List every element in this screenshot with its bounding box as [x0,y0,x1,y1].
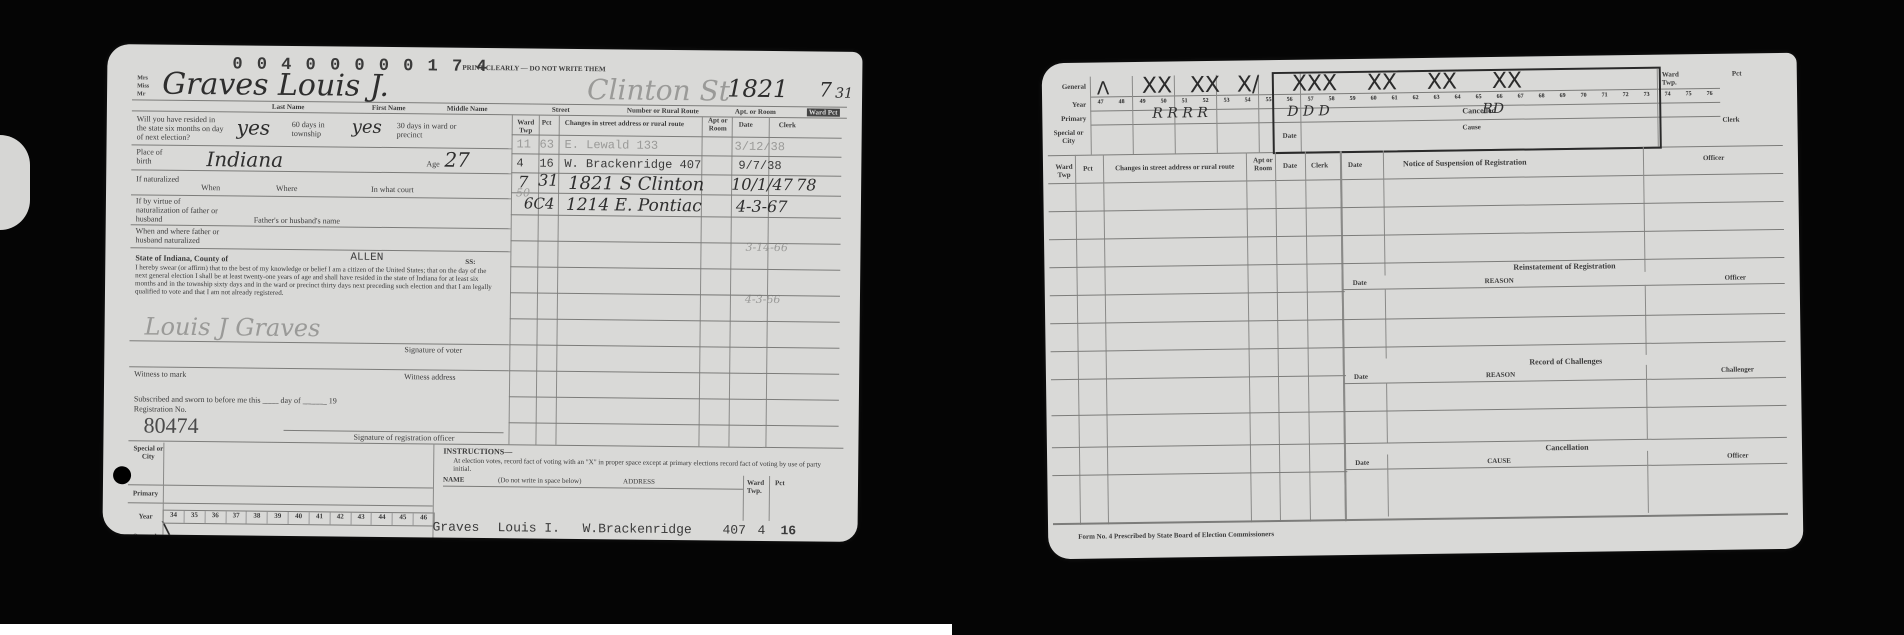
label-ward-pct: Ward Pct [807,108,840,116]
form-footer: Form No. 4 Prescribed by State Board of … [1078,530,1274,541]
place-of-birth-label: Place of birth [136,147,176,165]
handwritten-house-number: 1821 [727,75,788,104]
col-ward-twp: Ward Twp [515,118,537,134]
typed-ward: 4 [757,523,765,538]
registration-card-back: General Year Primary Special or City 47 … [1042,53,1804,559]
col-clerk: Clerk [1311,161,1328,169]
title-prefix: Mrs Miss Mr [137,74,151,98]
registration-card-front: 0 0 4 0 0 0 0 0 1 7 4 PRINT CLEARLY — DO… [102,44,862,542]
vote-mark: XX [1367,72,1397,94]
year-row: 34 35 36 37 38 39 40 41 42 43 44 45 46 [163,510,435,527]
col-apt-room: Apt or Room [705,116,731,132]
handwritten-ward: 7 [819,78,832,102]
naturalized-where-label: Where [276,184,297,193]
vote-mark: XX [1142,75,1172,97]
col-date: Date [739,121,753,129]
instructions-text: At election votes, record fact of voting… [453,457,823,477]
col-suspension-officer: Officer [1703,154,1724,162]
primary-initials: D D D [1287,103,1330,120]
table-row: 11 63 E. Lewald 133 3/12/38 [108,44,863,52]
reinstatement-officer: Officer [1725,273,1746,281]
age-value: 27 [444,148,470,172]
naturalized-when-label: When [201,183,220,192]
vote-mark: XX [1190,75,1220,97]
typed-last-name: Graves [432,519,479,534]
challenges-reason: REASON [1486,371,1515,379]
vote-mark: XX [1492,71,1522,93]
cancellation-cause: CAUSE [1487,457,1511,465]
oath-text: I hereby swear (or affirm) that to the b… [135,263,495,299]
grid-label-general: General [1050,83,1086,92]
grid-label-primary: Primary [1050,115,1086,124]
voter-signature: Louis J Graves [144,312,320,342]
col-pct: Pct [1083,165,1093,173]
age-label: Age [426,159,439,168]
typed-first-name: Louis I. [497,520,560,536]
label-street: Street [552,106,570,114]
signature-label: Signature of voter [404,345,462,355]
handwritten-street: Clinton St [587,73,730,107]
grid-label-special: Special or City [1050,129,1086,146]
col-clerk: Clerk [779,121,796,129]
father-naturalized-label: When and where father or husband natural… [135,226,230,245]
col-suspension-notice: Notice of Suspension of Registration [1403,159,1527,169]
residence-state-answer: yes [237,115,271,139]
township-label: 60 days in township [292,120,352,139]
col-pct: Pct [542,119,552,127]
grid-label-year: Year [1050,101,1086,110]
table-row: 7 31 1821 S Clinton 10/1/47 78 [108,44,863,52]
vote-mark: X/ [1237,74,1260,96]
cancellation-officer: Officer [1727,451,1748,459]
stamp-date-label: Date [1283,132,1297,140]
challenges-challenger: Challenger [1721,365,1754,373]
vote-mark: Λ [1097,78,1110,100]
scan-white-strip [0,624,952,635]
residence-question: Will you have resided in the state six m… [137,114,227,142]
clerk-label: Clerk [1722,116,1739,124]
name-field-label: NAME [443,476,464,484]
county-value: ALLEN [350,252,383,264]
label-last-name: Last Name [272,103,305,111]
vote-mark: XXX [1292,73,1338,96]
col-suspension-date: Date [1348,161,1362,169]
label-apt-room: Apt. or Room [735,108,776,116]
label-middle-name: Middle Name [447,105,488,113]
naturalization-father-label: If by virtue of naturalization of father… [136,196,221,224]
vote-mark: ╲ [162,525,175,542]
registration-number: 80474 [143,412,198,439]
typed-number: 407 [722,523,746,538]
pct-label: Pct [775,479,785,487]
state-county-label: State of Indiana, County of [135,254,228,263]
punch-hole [113,466,131,484]
challenges-date: Date [1354,373,1368,381]
ward-residence-label: 30 days in ward or precinct [397,121,477,140]
typed-street: W.Brackenridge [582,521,691,537]
label-number-route: Number or Rural Route [627,107,699,116]
vote-mark: XX [1427,71,1457,93]
naturalized-label: If naturalized [136,174,179,183]
ss-label: SS: [465,258,475,266]
scan-edge-artifact [0,135,30,230]
township-answer: yes [352,117,382,138]
cancellation-date: Date [1355,459,1369,467]
challenges-title: Record of Challenges [1346,355,1786,369]
grid-label-general: General [132,532,156,540]
table-row: 4 16 W. Brackenridge 407 9/7/38 [108,44,863,52]
primary-initials: R R R R [1152,105,1208,122]
label-first-name: First Name [372,104,406,112]
grid-label-special: Special or City [133,444,163,460]
witness-address-label: Witness address [404,372,456,382]
instructions-title: INSTRUCTIONS— [443,448,512,457]
address-field-label: ADDRESS [623,477,655,486]
col-date: Date [1283,162,1297,170]
primary-initials: RD [1482,101,1504,117]
table-row: 50 6C4 1214 E. Pontiac 4-3-67 [108,44,863,52]
grid-label-year: Year [139,512,153,520]
do-not-write-label: (Do not write in space below) [498,476,581,486]
place-of-birth-value: Indiana [206,147,283,172]
registration-officer-label: Signature of registration officer [353,433,454,443]
handwritten-name: Graves Louis J. [162,67,389,104]
handwritten-precinct: 31 [835,86,853,102]
witness-mark-label: Witness to mark [134,369,186,379]
pct-label: Pct [1732,70,1742,78]
father-name-label: Father's or husband's name [254,216,340,226]
stamp-cause-label: Cause [1462,123,1480,131]
reinstatement-reason: REASON [1485,277,1514,285]
grid-label-primary: Primary [133,489,158,497]
col-changes: Changes in street address or rural route [565,119,700,128]
ward-twp-label: Ward Twp. [747,479,767,495]
naturalized-court-label: In what court [371,185,414,194]
reinstatement-date: Date [1353,279,1367,287]
col-changes: Changes in street address or rural route [1115,162,1245,172]
header-instruction: PRINT CLEARLY — DO NOT WRITE THEM [462,64,605,73]
col-ward-twp: Ward Twp [1053,163,1075,179]
ward-twp-label: Ward Twp. [1662,70,1687,86]
typed-pct: 16 [780,523,796,538]
col-apt-room: Apt or Room [1253,156,1273,172]
